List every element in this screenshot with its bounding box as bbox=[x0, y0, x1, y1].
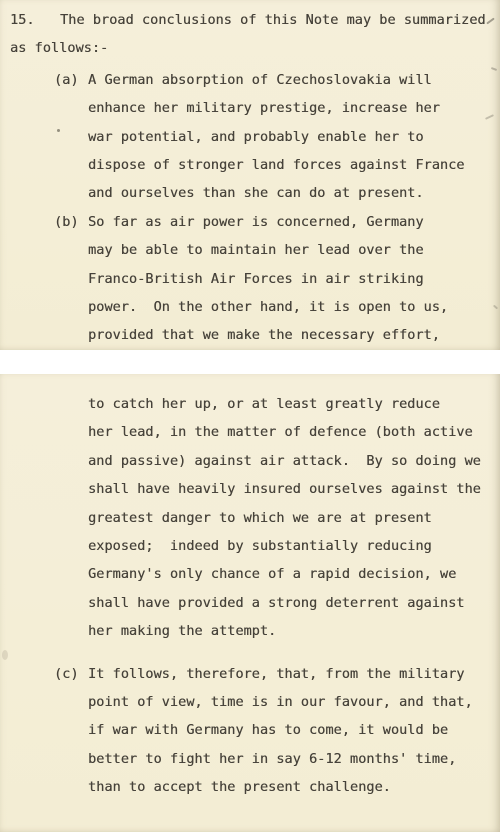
item-b-text: So far as air power is concerned, German… bbox=[88, 208, 448, 350]
typed-line: as follows:- bbox=[0, 34, 500, 62]
typed-line: power. On the other hand, it is open to … bbox=[88, 293, 448, 321]
typed-line: greatest danger to which we are at prese… bbox=[88, 504, 500, 532]
typed-line: enhance her military prestige, increase … bbox=[88, 94, 464, 122]
typed-line: The broad conclusions of this Note may b… bbox=[60, 6, 486, 34]
typed-line: her making the attempt. bbox=[88, 617, 500, 645]
item-label-b: (b) bbox=[54, 208, 88, 350]
typed-line: It follows, therefore, that, from the mi… bbox=[88, 660, 473, 688]
typed-line: better to fight her in say 6-12 months' … bbox=[88, 745, 473, 773]
typed-line: point of view, time is in our favour, an… bbox=[88, 688, 473, 716]
typed-line: to catch her up, or at least greatly red… bbox=[88, 390, 500, 418]
typed-line: her lead, in the matter of defence (both… bbox=[88, 418, 500, 446]
typed-line: than to accept the present challenge. bbox=[88, 773, 473, 801]
typed-line: and ourselves than she can do at present… bbox=[88, 179, 464, 207]
document-scan: 15. The broad conclusions of this Note m… bbox=[0, 0, 500, 832]
list-item-a: (a) A German absorption of Czechoslovaki… bbox=[0, 66, 500, 208]
paragraph-15-intro: 15. The broad conclusions of this Note m… bbox=[0, 6, 500, 34]
paper-smudge bbox=[2, 650, 8, 660]
item-b-continuation: to catch her up, or at least greatly red… bbox=[0, 390, 500, 646]
typed-line: and passive) against air attack. By so d… bbox=[88, 447, 500, 475]
typed-line: Germany's only chance of a rapid decisio… bbox=[88, 560, 500, 588]
typed-line: war potential, and probably enable her t… bbox=[88, 123, 464, 151]
typed-line: if war with Germany has to come, it woul… bbox=[88, 716, 473, 744]
page-gap bbox=[0, 350, 500, 374]
list-item-c: (c) It follows, therefore, that, from th… bbox=[0, 660, 500, 802]
typed-line: Franco-British Air Forces in air strikin… bbox=[88, 265, 448, 293]
item-c-text: It follows, therefore, that, from the mi… bbox=[88, 660, 473, 802]
typed-line: So far as air power is concerned, German… bbox=[88, 208, 448, 236]
item-label-a: (a) bbox=[54, 66, 88, 208]
item-a-text: A German absorption of Czechoslovakia wi… bbox=[88, 66, 464, 208]
typed-line: provided that we make the necessary effo… bbox=[88, 321, 448, 349]
paragraph-number: 15. bbox=[10, 6, 60, 34]
ink-speck bbox=[57, 129, 60, 132]
typed-line: may be able to maintain her lead over th… bbox=[88, 236, 448, 264]
typed-line: shall have provided a strong deterrent a… bbox=[88, 589, 500, 617]
list-item-b: (b) So far as air power is concerned, Ge… bbox=[0, 208, 500, 350]
typed-line: A German absorption of Czechoslovakia wi… bbox=[88, 66, 464, 94]
page-scan-top: 15. The broad conclusions of this Note m… bbox=[0, 0, 500, 350]
typed-line: dispose of stronger land forces against … bbox=[88, 151, 464, 179]
item-label-c: (c) bbox=[54, 660, 88, 802]
typed-line: shall have heavily insured ourselves aga… bbox=[88, 475, 500, 503]
page-scan-bottom: to catch her up, or at least greatly red… bbox=[0, 374, 500, 832]
typed-line: exposed; indeed by substantially reducin… bbox=[88, 532, 500, 560]
